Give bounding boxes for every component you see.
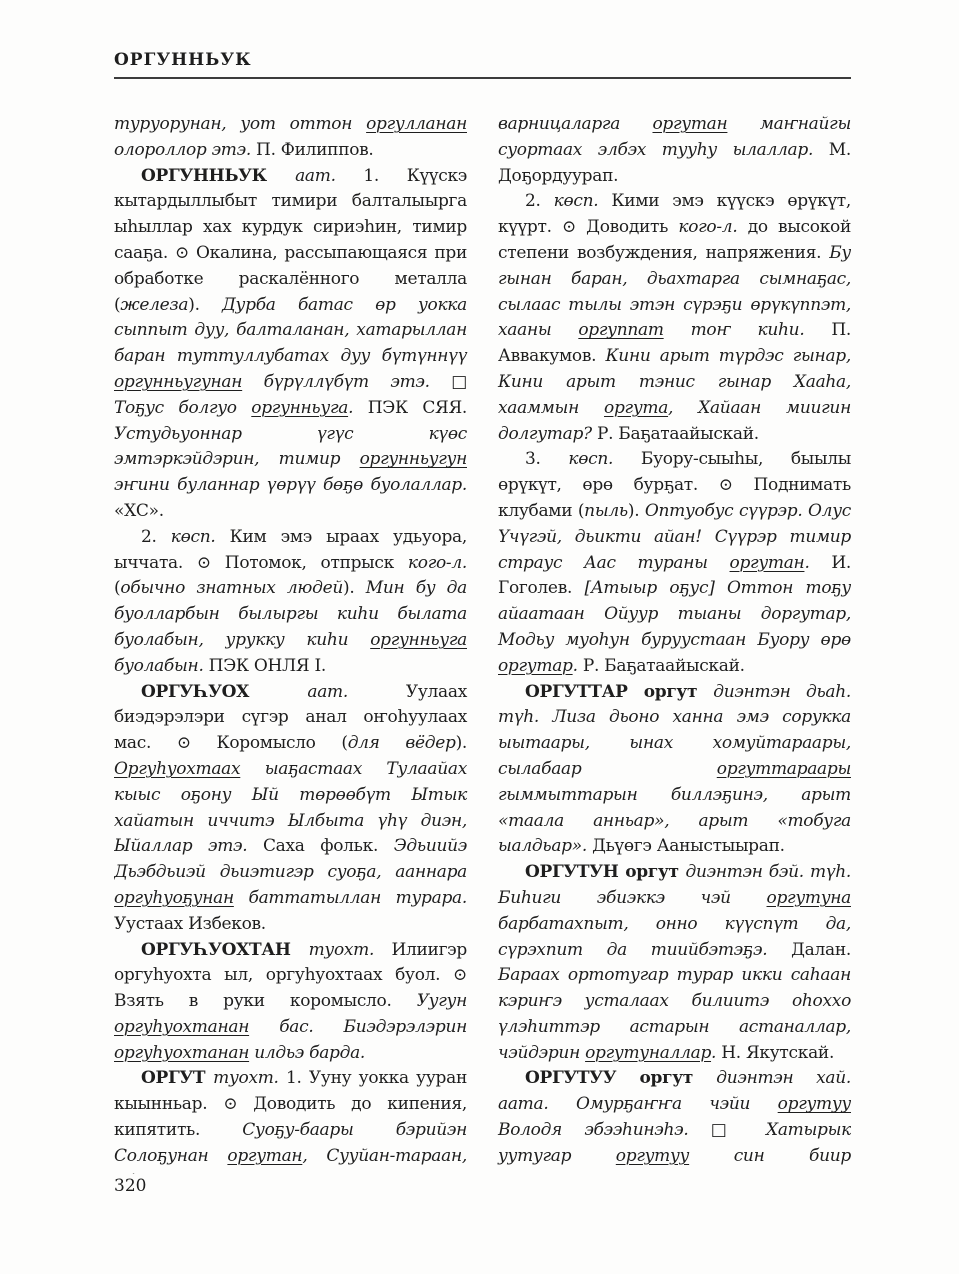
dictionary-paragraph: ОРГУҺУОХТАН туохт. Илиигэр оргуһуохта ыл… xyxy=(114,938,467,1067)
text-segment-i: туруорунан, уот оттон xyxy=(114,114,366,134)
text-segment-i: аат. xyxy=(307,682,348,702)
text-segment-i: бүрүллүбүт этэ. xyxy=(242,372,430,392)
text-segment-r: ). xyxy=(456,733,467,753)
text-segment-iu: оргутан xyxy=(730,553,805,573)
text-segment-iu: оргутуу xyxy=(616,1146,689,1166)
text-segment-i: буолабын. xyxy=(114,656,204,676)
text-segment-b: ОРГУҺУОХ xyxy=(141,682,307,702)
text-segment-r: Уустаах Избеков. xyxy=(114,914,266,934)
text-segment-iu: оргутан xyxy=(227,1146,302,1166)
text-segment-r: Саха фольк. xyxy=(247,836,393,856)
text-segment-i: для вёдер xyxy=(348,733,456,753)
text-segment-i: көсп. xyxy=(171,527,216,547)
text-segment-i: эҥини буланнар үөрүү бөҕө буолаллар. xyxy=(114,475,467,495)
text-segment-i: диэнтэн бэй. түһ. xyxy=(685,862,851,882)
text-segment-b: ОРГУТ xyxy=(141,1068,213,1088)
text-segment-r: Р. Баҕатаайыскай. xyxy=(592,424,759,444)
text-segment-iu: оргутуна xyxy=(767,888,851,908)
dictionary-paragraph: ОРГУТУУ оргут диэнтэн хай. аата. Омурҕаҥ… xyxy=(498,1066,851,1174)
text-segment-iu: оргутар xyxy=(498,656,573,676)
text-segment-i: тоҥ киһи. xyxy=(664,320,805,340)
text-segment-i: илдьэ барда. xyxy=(249,1043,365,1063)
text-segment-i: пыль xyxy=(584,501,628,521)
text-segment-r: «ХС». xyxy=(114,501,164,521)
text-segment-i: Уугун xyxy=(417,991,467,1011)
text-segment-r: ПЭК СЯЯ. xyxy=(353,398,467,418)
text-segment-r: □ xyxy=(430,372,467,392)
text-segment-i: кого-л. xyxy=(408,553,467,573)
text-segment-r: □ xyxy=(688,1120,766,1140)
text-segment-r: А. Бродников. xyxy=(700,1172,851,1174)
running-head: ОРГУННЬУК xyxy=(114,50,252,70)
dictionary-paragraph: ОРГУТТАР оргут диэнтэн дьаһ. түһ. Лиза д… xyxy=(498,680,851,861)
text-segment-iu: Оргуһуохтаах xyxy=(114,759,240,779)
text-segment-b: ОРГУТТАР xyxy=(525,682,644,702)
dictionary-paragraph: 3. көсп. Буору-сыыһы, быылы өрүкүт, өрө … xyxy=(498,447,851,679)
text-columns: туруорунан, уот оттон оргулланан олоролл… xyxy=(114,112,851,1174)
text-segment-i: Володя эбээһинэһэ. xyxy=(498,1120,688,1140)
text-segment-r: ). xyxy=(343,578,366,598)
text-segment-i: баттатыллан турара. xyxy=(234,888,467,908)
text-segment-b: оргут xyxy=(639,1068,716,1088)
text-segment-r: Далан. xyxy=(767,940,851,960)
text-segment-i: көсп. xyxy=(568,449,613,469)
dictionary-paragraph: ОРГУТ туохт. 1. Ууну уокка ууран кыынньа… xyxy=(114,1066,467,1174)
text-segment-i: туохт. xyxy=(309,940,375,960)
text-segment-b: ОРГУҺУОХТАН xyxy=(141,940,309,960)
text-segment-r: ). xyxy=(628,501,645,521)
dictionary-paragraph: 2. көсп. Кими эмэ күүскэ өрүкүт, күүрт. … xyxy=(498,189,851,447)
text-segment-r: 2. xyxy=(141,527,171,547)
text-segment-b: ОРГУТУУ xyxy=(525,1068,639,1088)
page-number: 320 xyxy=(114,1176,146,1196)
text-segment-iu: оргунньуга xyxy=(370,630,467,650)
dictionary-paragraph: 2. көсп. Ким эмэ ыраах удьуора, ыччата. … xyxy=(114,525,467,680)
text-segment-iu: оргунньуга xyxy=(251,398,348,418)
text-segment-i: обычно знатных людей xyxy=(120,578,343,598)
text-segment-iu: оргунньугун xyxy=(360,449,467,469)
text-segment-iu: оргутуналлар xyxy=(585,1043,711,1063)
text-segment-iu: оргуттараары xyxy=(717,759,851,779)
text-segment-r: Р. Баҕатаайыскай. xyxy=(578,656,745,676)
dictionary-paragraph: туруорунан, уот оттон оргулланан олоролл… xyxy=(114,112,467,164)
dictionary-paragraph: ОРГУННЬУК аат. 1. Күүскэ кытардыллыбыт т… xyxy=(114,164,467,525)
text-segment-i: Биһиги эбиэккэ чэй xyxy=(498,888,767,908)
header-rule xyxy=(114,77,851,79)
text-segment-r: 1. Күүскэ кытардыллыбыт тимири балталыыр… xyxy=(114,166,467,315)
text-segment-iu: оргулланан xyxy=(366,114,467,134)
text-segment-iu: оргуһуоҕунан xyxy=(114,888,234,908)
text-segment-iu: оргуһуохтанан xyxy=(114,1017,249,1037)
dictionary-paragraph: ОРГУТУН оргут диэнтэн бэй. түһ. Биһиги э… xyxy=(498,860,851,1066)
text-segment-iu: оргунньугунан xyxy=(114,372,242,392)
text-segment-r: ПЭК ОНЛЯ I. xyxy=(204,656,326,676)
text-segment-iu: оргутуу xyxy=(778,1094,851,1114)
text-segment-r: Н. Якутскай. xyxy=(716,1043,834,1063)
text-segment-i: бас. Биэдэрэлэрин xyxy=(249,1017,467,1037)
text-segment-r: П. Филиппов. xyxy=(251,140,374,160)
text-segment-iu: оргуппат xyxy=(578,320,663,340)
dictionary-paragraph: варницаларга оргутан маҥнайгы суортаах э… xyxy=(498,112,851,189)
text-segment-i: туохт. xyxy=(213,1068,279,1088)
text-segment-i: варницаларга xyxy=(498,114,652,134)
text-segment-r: Дьүөгэ Ааныстыырап. xyxy=(587,836,785,856)
dictionary-page: ОРГУННЬУК туруорунан, уот оттон оргуллан… xyxy=(0,0,959,1274)
text-segment-iu: оргута xyxy=(604,398,668,418)
text-segment-i: олороллор этэ. xyxy=(114,140,251,160)
text-segment-r: ). xyxy=(188,295,222,315)
column-left: туруорунан, уот оттон оргулланан олоролл… xyxy=(114,112,467,1174)
text-segment-i: көсп. xyxy=(554,191,599,211)
text-segment-r: 3. xyxy=(525,449,568,469)
text-segment-iu: оргуһуохтанан xyxy=(114,1043,249,1063)
text-segment-i: аат. xyxy=(295,166,336,186)
text-segment-iu: оргутан xyxy=(652,114,727,134)
text-segment-i: Омурҕаҥҥа чэйи xyxy=(576,1094,778,1114)
text-segment-b: оргут xyxy=(625,862,685,882)
column-right: варницаларга оргутан маҥнайгы суортаах э… xyxy=(498,112,851,1174)
text-segment-i: Тоҕус болгуо xyxy=(114,398,251,418)
text-segment-b: ОРГУТУН xyxy=(525,862,625,882)
text-segment-i: железа xyxy=(120,295,188,315)
text-segment-b: оргут xyxy=(644,682,714,702)
dictionary-paragraph: ОРГУҺУОХ аат. Уулаах биэдэрэлэри сүгэр а… xyxy=(114,680,467,938)
text-segment-i: кого-л. xyxy=(678,217,737,237)
text-segment-b: ОРГУННЬУК xyxy=(141,166,295,186)
text-segment-r: 2. xyxy=(525,191,554,211)
